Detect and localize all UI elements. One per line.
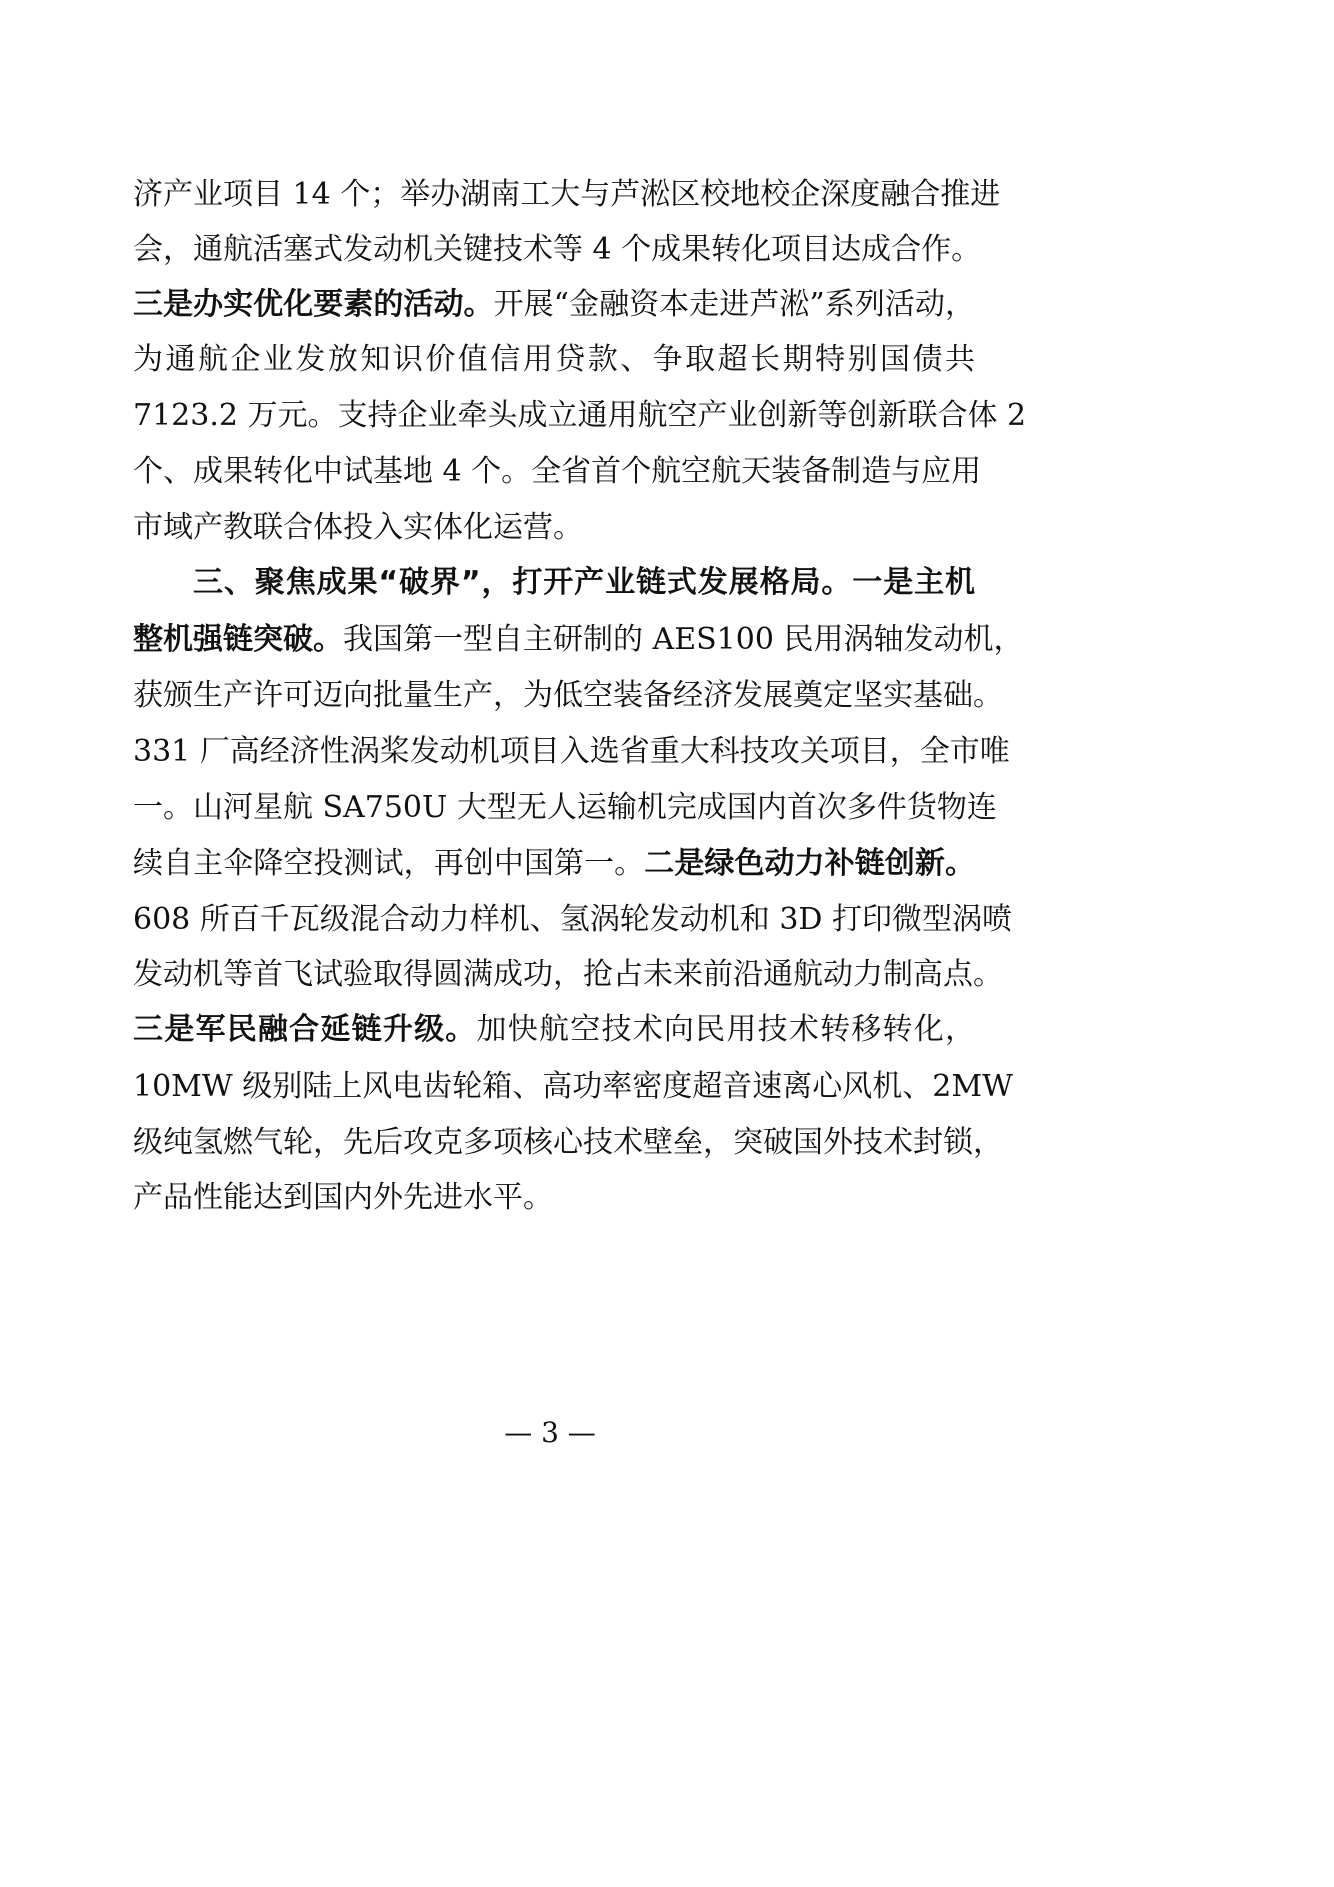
text-segment: 个、成果转化中试基地 4 个。全省首个航空航天装备制造与应用 (133, 454, 981, 489)
text-segment: 发动机等首飞试验取得圆满成功，抢占未来前沿通航动力制高点。 (133, 957, 1003, 992)
text-line: 三是办实优化要素的活动。开展“金融资本走进芦淞”系列活动， (133, 285, 975, 325)
text-segment: 7123.2 万元。支持企业牵头成立通用航空产业创新等创新联合体 2 (133, 398, 1026, 433)
text-line: 三、聚焦成果“破界”，打开产业链式发展格局。一是主机 (133, 563, 975, 603)
text-segment: 一。山河星航 SA750U 大型无人运输机完成国内首次多件货物连 (133, 790, 997, 825)
text-segment: 开展“金融资本走进芦淞”系列活动， (494, 287, 975, 322)
bold-heading-segment: 三是军民融合延链升级。 (133, 1012, 477, 1047)
text-line: 一。山河星航 SA750U 大型无人运输机完成国内首次多件货物连 (133, 788, 975, 828)
text-line: 济产业项目 14 个；举办湖南工大与芦淞区校地校企深度融合推进 (133, 175, 975, 215)
text-segment: 续自主伞降空投测试，再创中国第一。 (133, 846, 644, 881)
text-line: 331 厂高经济性涡桨发动机项目入选省重大科技攻关项目，全市唯 (133, 732, 975, 772)
text-segment: 产品性能达到国内外先进水平。 (133, 1180, 553, 1215)
text-line: 获颁生产许可迈向批量生产，为低空装备经济发展奠定坚实基础。 (133, 676, 975, 716)
text-segment: 获颁生产许可迈向批量生产，为低空装备经济发展奠定坚实基础。 (133, 678, 1003, 713)
text-line: 续自主伞降空投测试，再创中国第一。二是绿色动力补链创新。 (133, 844, 975, 884)
text-line: 产品性能达到国内外先进水平。 (133, 1178, 975, 1218)
text-line: 市域产教联合体投入实体化运营。 (133, 508, 975, 548)
text-line: 为通航企业发放知识价值信用贷款、争取超长期特别国债共 (133, 340, 975, 380)
bold-heading-segment: 二是绿色动力补链创新。 (644, 846, 975, 881)
text-line: 608 所百千瓦级混合动力样机、氢涡轮发动机和 3D 打印微型涡喷 (133, 900, 975, 940)
bold-heading-segment: 整机强链突破。 (133, 622, 343, 657)
text-segment: 市域产教联合体投入实体化运营。 (133, 510, 583, 545)
document-page: 济产业项目 14 个；举办湖南工大与芦淞区校地校企深度融合推进会，通航活塞式发动… (0, 0, 1334, 1887)
text-line: 10MW 级别陆上风电齿轮箱、高功率密度超音速离心风机、2MW (133, 1067, 975, 1107)
bold-heading-segment: 三、聚焦成果“破界”，打开产业链式发展格局。一是主机 (193, 565, 975, 600)
text-line: 三是军民融合延链升级。加快航空技术向民用技术转移转化， (133, 1010, 975, 1050)
text-line: 整机强链突破。我国第一型自主研制的 AES100 民用涡轴发动机， (133, 620, 975, 660)
text-segment: 会，通航活塞式发动机关键技术等 4 个成果转化项目达成合作。 (133, 232, 981, 267)
page-number: — 3 — (0, 1415, 1100, 1451)
text-segment: 级纯氢燃气轮，先后攻克多项核心技术壁垒，突破国外技术封锁， (133, 1125, 1003, 1160)
text-segment: 我国第一型自主研制的 AES100 民用涡轴发动机， (343, 622, 1023, 657)
text-segment: 济产业项目 14 个；举办湖南工大与芦淞区校地校企深度融合推进 (133, 177, 1000, 212)
text-line: 发动机等首飞试验取得圆满成功，抢占未来前沿通航动力制高点。 (133, 955, 975, 995)
text-segment: 331 厂高经济性涡桨发动机项目入选省重大科技攻关项目，全市唯 (133, 734, 1010, 769)
text-segment: 608 所百千瓦级混合动力样机、氢涡轮发动机和 3D 打印微型涡喷 (133, 902, 1012, 937)
text-line: 级纯氢燃气轮，先后攻克多项核心技术壁垒，突破国外技术封锁， (133, 1123, 975, 1163)
bold-heading-segment: 三是办实优化要素的活动。 (133, 287, 494, 322)
text-line: 会，通航活塞式发动机关键技术等 4 个成果转化项目达成合作。 (133, 230, 975, 270)
text-segment: 为通航企业发放知识价值信用贷款、争取超长期特别国债共 (133, 342, 975, 377)
text-line: 个、成果转化中试基地 4 个。全省首个航空航天装备制造与应用 (133, 452, 975, 492)
text-segment: 10MW 级别陆上风电齿轮箱、高功率密度超音速离心风机、2MW (133, 1069, 1013, 1104)
text-line: 7123.2 万元。支持企业牵头成立通用航空产业创新等创新联合体 2 (133, 396, 975, 436)
text-segment: 加快航空技术向民用技术转移转化， (477, 1012, 975, 1047)
